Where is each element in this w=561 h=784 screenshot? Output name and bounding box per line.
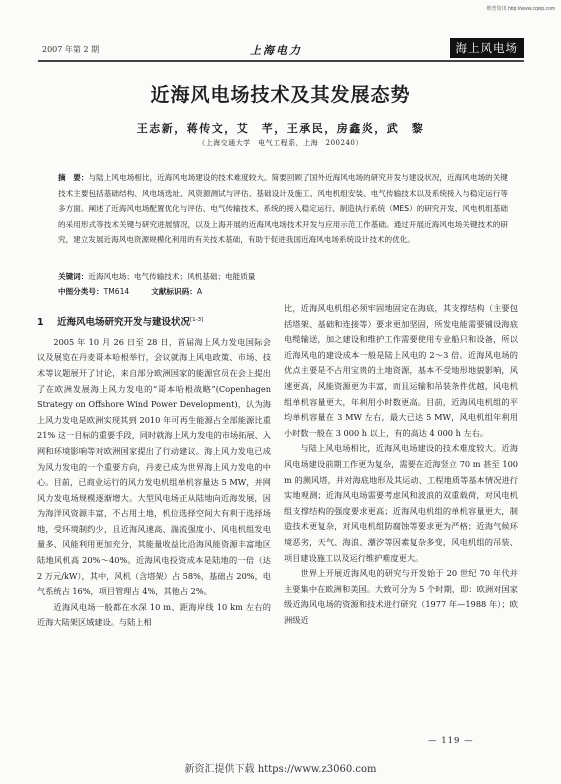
classification: 中图分类号：TM614文献标识码：A [58, 286, 508, 297]
abstract-text: 与陆上风电场相比，近海风电场建设的技术难度较大。简要回顾了国外近海风电场的研究开… [58, 173, 508, 244]
source-watermark: 维普资讯 http://www.cqvip.com [487, 5, 555, 12]
keywords-text: 近海风电场；电气传输技术；风机基础；电能质量 [88, 272, 255, 281]
paragraph: 2005 年 10 月 26 日至 28 日，首届海上风力发电国际会议及展览在丹… [37, 335, 271, 600]
paragraph: 与陆上风电场相比，近海风电场建设的技术难度较大。近海风电场建设前期工作更为复杂，… [284, 441, 518, 566]
running-header: 2007 年第 2 期 上海电力 海上风电场 [38, 38, 524, 58]
section-reference: [1-3] [190, 317, 203, 323]
journal-name: 上海电力 [250, 42, 302, 58]
paragraph: 世界上开展近海风电的研究与开发始于 20 世纪 70 年代并主要集中在欧洲和美国… [284, 566, 518, 628]
section-title: 近海风电场研究开发与建设状况 [57, 317, 190, 328]
paragraph: 比，近海风电机组必须牢固地固定在海底，其支撑结构（主要包括塔架、基础和连接等）要… [284, 301, 518, 441]
header-rule [38, 60, 524, 62]
keywords-label: 关键词： [58, 272, 88, 281]
keywords: 关键词：近海风电场；电气传输技术；风机基础；电能质量 [58, 271, 508, 282]
affiliation: （上海交通大学 电气工程系，上海 200240） [0, 138, 561, 148]
abstract-label: 摘 要： [58, 173, 89, 182]
section-heading: 1近海风电场研究开发与建设状况[1-3] [37, 313, 271, 331]
article-title: 近海风电场技术及其发展态势 [0, 80, 561, 107]
doc-code-label: 文献标识码： [151, 287, 197, 296]
page-number: — 119 — [428, 736, 474, 746]
section-number: 1 [37, 315, 57, 331]
authors: 王志新，蒋传文，艾 芊，王承民，房鑫炎，武 黎 [0, 120, 561, 136]
issue-label: 2007 年第 2 期 [42, 44, 99, 55]
section-badge: 海上风电场 [450, 38, 525, 58]
footer-watermark: 新资汇提供下载 https://www.z3060.com [0, 760, 561, 775]
clc-label: 中图分类号： [58, 287, 104, 296]
abstract: 摘 要：与陆上风电场相比，近海风电场建设的技术难度较大。简要回顾了国外近海风电场… [58, 170, 508, 248]
paragraph: 近海风电场一般都在水深 10 m、距海岸线 10 km 左右的近海大陆架区域建设… [37, 600, 271, 631]
left-column: 1近海风电场研究开发与建设状况[1-3] 2005 年 10 月 26 日至 2… [37, 310, 271, 631]
clc-value: TM614 [104, 287, 130, 296]
right-column: 比，近海风电机组必须牢固地固定在海底，其支撑结构（主要包括塔架、基础和连接等）要… [284, 301, 518, 628]
doc-code-value: A [197, 287, 202, 296]
